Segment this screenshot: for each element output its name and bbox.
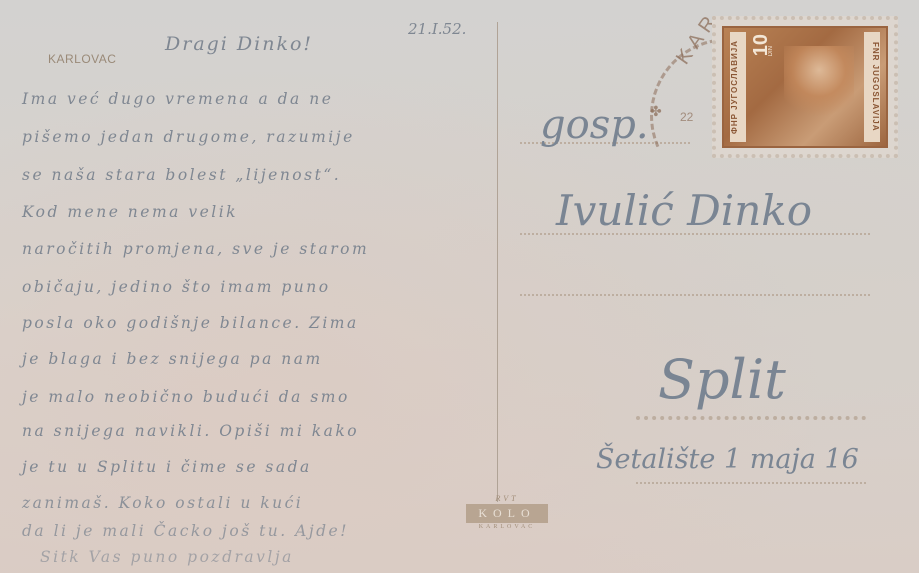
stamp-figure-illustration [784, 46, 854, 126]
message-line: posla oko godišnje bilance. Zima [22, 314, 359, 332]
address-line [636, 482, 866, 484]
address-line [520, 294, 870, 296]
stamp-currency: DIN [768, 46, 774, 56]
message-line: na snijega navikli. Opiši mi kako [22, 422, 359, 440]
publisher-mark-logo: KOLO [466, 504, 548, 523]
greeting: Dragi Dinko! [165, 33, 313, 55]
message-line: da li je mali Čacko još tu. Ajde! [22, 522, 349, 540]
printed-place-label: KARLOVAC [48, 52, 116, 66]
recipient-street: Šetalište 1 maja 16 [596, 444, 859, 475]
recipient-city: Split [658, 348, 786, 411]
publisher-mark: RVT KOLO KARLOVAC [466, 494, 548, 530]
postmark-star-icon: ✤ [650, 104, 662, 120]
message-line: je malo neobično budući da smo [22, 388, 350, 406]
stamp-country-cyrillic: ФНР ЈУГОСЛАВИЈА [730, 32, 746, 142]
address-line [636, 416, 866, 420]
message-line: zanimaš. Koko ostali u kući [22, 494, 303, 512]
postcard-back: KARLOVAC Dragi Dinko! 21.I.52. Ima već d… [0, 0, 919, 573]
message-line: naročitih promjena, sve je starom [22, 240, 369, 258]
publisher-mark-top: RVT [466, 494, 548, 503]
message-line: Kod mene nema velik [22, 203, 238, 221]
message-line: običaju, jedino što imam puno [22, 278, 331, 296]
message-line: Sitk Vas puno pozdravlja [40, 548, 294, 566]
message-line: je blaga i bez snijega pa nam [22, 350, 323, 368]
recipient-name: Ivulić Dinko [556, 186, 812, 235]
letter-date: 21.I.52. [408, 20, 466, 38]
message-line: Ima već dugo vremena a da ne [22, 90, 333, 108]
address-salutation: gosp. [540, 102, 649, 148]
postmark-date: 22 [680, 110, 693, 124]
message-line: je tu u Splitu i čime se sada [22, 458, 312, 476]
stamp-image: ФНР ЈУГОСЛАВИЈА 10 DIN FNR JUGOSLAVIJA [722, 26, 888, 148]
stamp-country-latin: FNR JUGOSLAVIJA [864, 32, 880, 142]
message-line: se naša stara bolest „lijenost“. [22, 166, 341, 184]
message-line: pišemo jedan drugome, razumije [22, 128, 355, 146]
center-divider [497, 22, 498, 502]
postage-stamp: ФНР ЈУГОСЛАВИЈА 10 DIN FNR JUGOSLAVIJA [712, 16, 898, 158]
publisher-mark-bottom: KARLOVAC [466, 524, 548, 530]
